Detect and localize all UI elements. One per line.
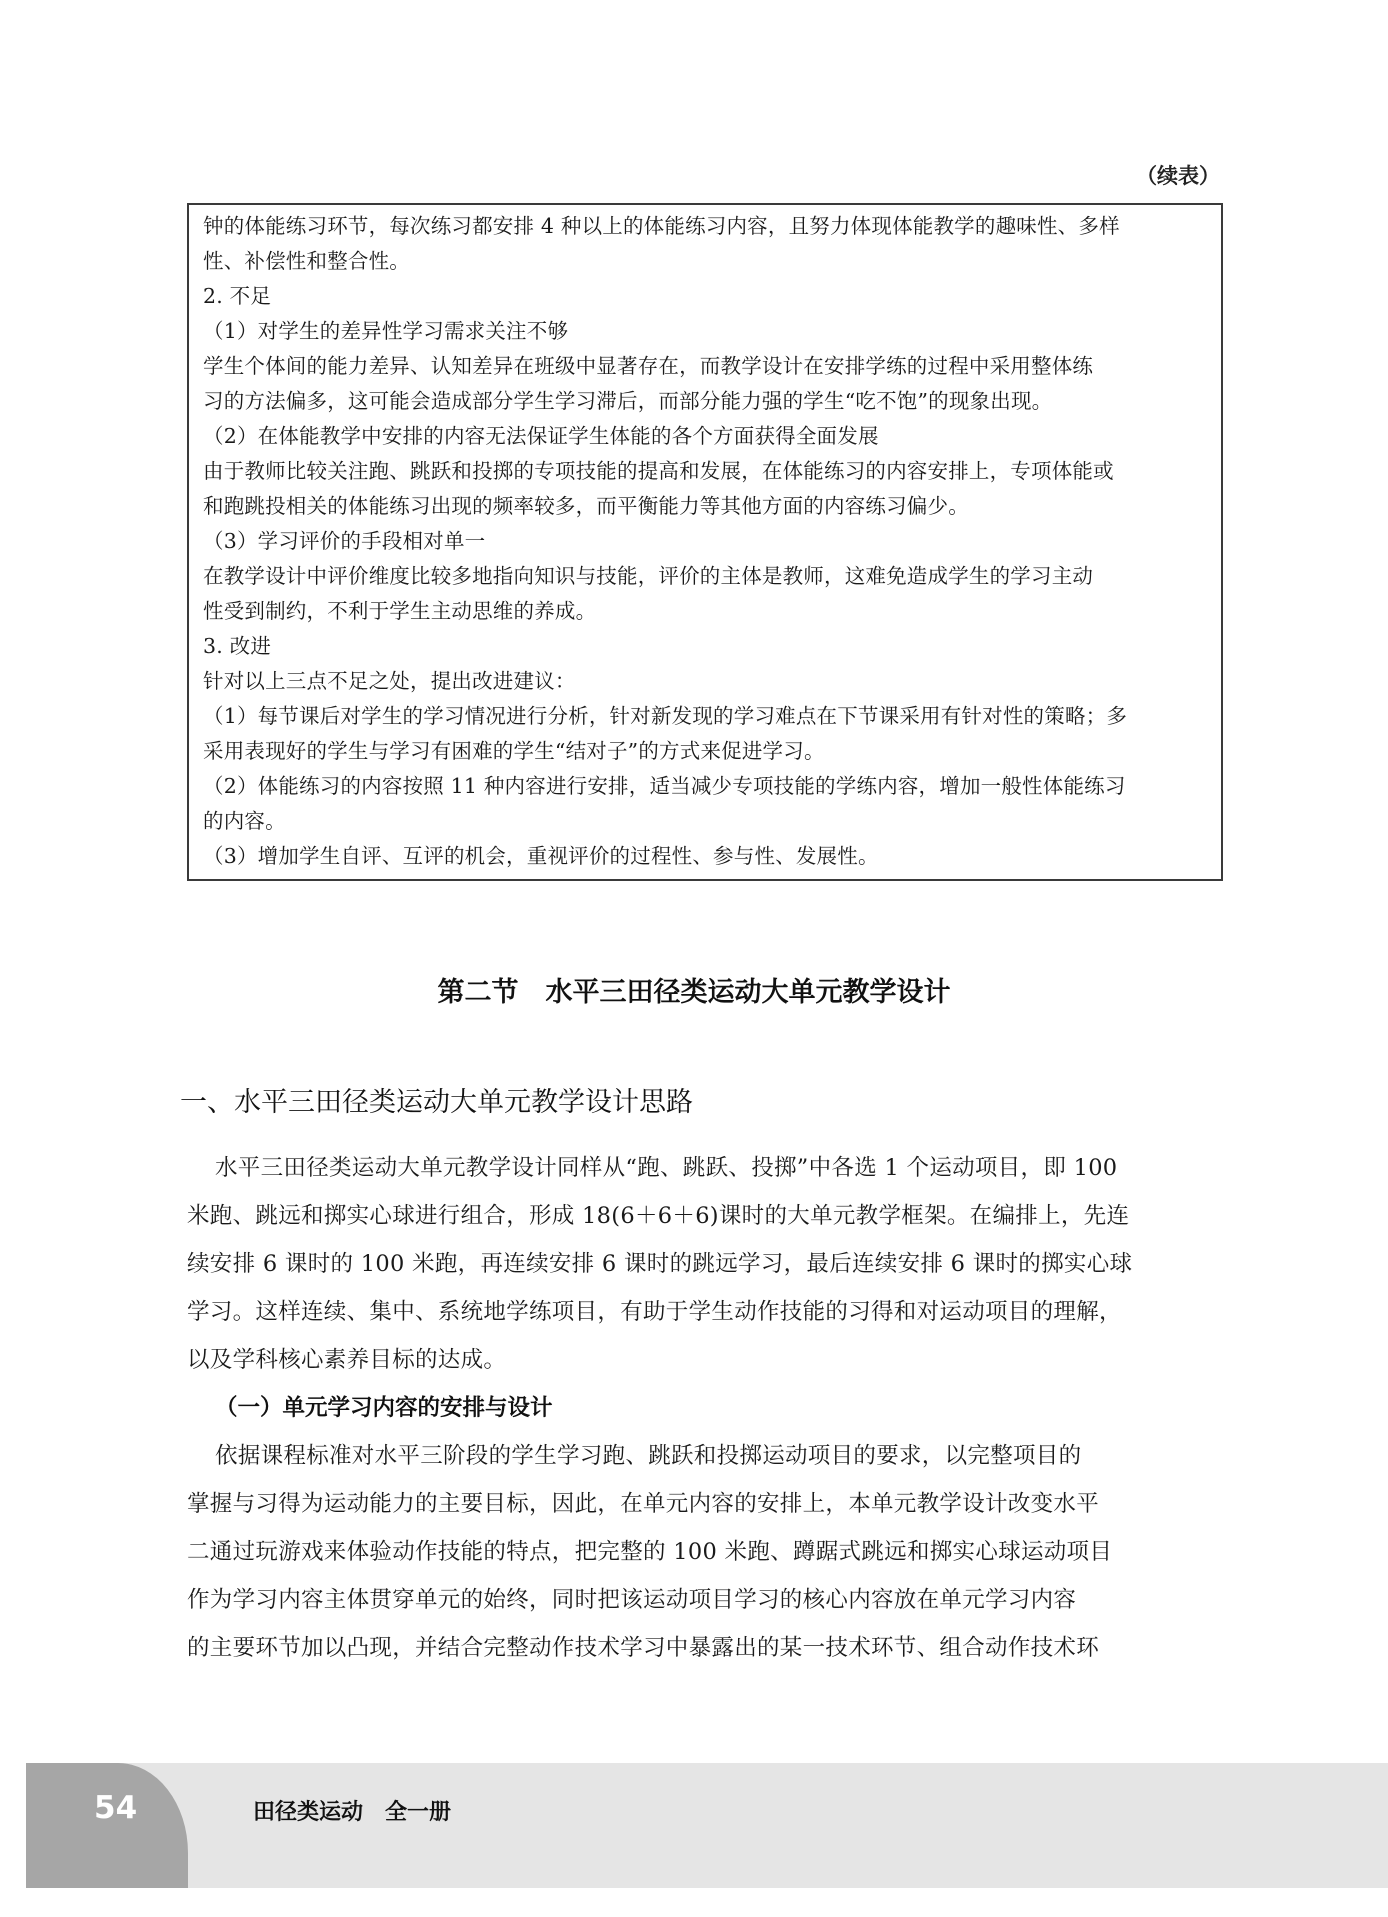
section-title: 第二节 水平三田径类运动大单元教学设计 <box>0 970 1388 1009</box>
paragraph-line: 的主要环节加以凸现，并结合完整动作技术学习中暴露出的某一技术环节、组合动作技术环 <box>187 1632 1099 1664</box>
paragraph-line: 作为学习内容主体贯穿单元的始终，同时把该运动项目学习的核心内容放在单元学习内容 <box>187 1584 1076 1616</box>
page-number: 54 <box>26 1790 188 1826</box>
table-box-line: 由于教师比较关注跑、跳跃和投掷的专项技能的提高和发展，在体能练习的内容安排上，专… <box>203 456 1114 486</box>
paragraph-line: 以及学科核心素养目标的达成。 <box>187 1344 506 1376</box>
table-box-line: 3. 改进 <box>203 631 271 661</box>
table-box: 钟的体能练习环节，每次练习都安排 4 种以上的体能练习内容，且努力体现体能教学的… <box>187 203 1223 881</box>
table-box-line: （1）每节课后对学生的学习情况进行分析，针对新发现的学习难点在下节课采用有针对性… <box>203 701 1127 731</box>
table-box-line: （2）体能练习的内容按照 11 种内容进行安排，适当减少专项技能的学练内容，增加… <box>203 771 1126 801</box>
table-box-line: 习的方法偏多，这可能会造成部分学生学习滞后，而部分能力强的学生“吃不饱”的现象出… <box>203 386 1052 416</box>
table-box-line: 钟的体能练习环节，每次练习都安排 4 种以上的体能练习内容，且努力体现体能教学的… <box>203 211 1120 241</box>
table-box-line: 学生个体间的能力差异、认知差异在班级中显著存在，而教学设计在安排学练的过程中采用… <box>203 351 1093 381</box>
paragraph-line: 二通过玩游戏来体验动作技能的特点，把完整的 100 米跑、蹲踞式跳远和掷实心球运… <box>187 1536 1112 1568</box>
paragraph-line: 依据课程标准对水平三阶段的学生学习跑、跳跃和投掷运动项目的要求，以完整项目的 <box>215 1440 1081 1472</box>
footer-band <box>26 1763 1388 1888</box>
table-box-line: 针对以上三点不足之处，提出改进建议： <box>203 666 576 696</box>
book-title: 田径类运动 全一册 <box>253 1795 451 1826</box>
paragraph-line: 米跑、跳远和掷实心球进行组合，形成 18(6＋6＋6)课时的大单元教学框架。在编… <box>187 1200 1129 1232</box>
table-box-line: （1）对学生的差异性学习需求关注不够 <box>203 316 568 346</box>
table-box-line: 在教学设计中评价维度比较多地指向知识与技能，评价的主体是教师，这难免造成学生的学… <box>203 561 1093 591</box>
heading-1: 一、水平三田径类运动大单元教学设计思路 <box>180 1080 693 1119</box>
table-box-line: （2）在体能教学中安排的内容无法保证学生体能的各个方面获得全面发展 <box>203 421 879 451</box>
paragraph-line: 学习。这样连续、集中、系统地学练项目，有助于学生动作技能的习得和对运动项目的理解… <box>187 1296 1122 1328</box>
table-box-line: 采用表现好的学生与学习有困难的学生“结对子”的方式来促进学习。 <box>203 736 825 766</box>
table-box-line: 性、补偿性和整合性。 <box>203 246 410 276</box>
table-box-line: 的内容。 <box>203 806 286 836</box>
table-box-line: （3）增加学生自评、互评的机会，重视评价的过程性、参与性、发展性。 <box>203 841 879 871</box>
sub-heading: （一）单元学习内容的安排与设计 <box>215 1390 553 1422</box>
table-box-line: （3）学习评价的手段相对单一 <box>203 526 485 556</box>
paragraph-line: 续安排 6 课时的 100 米跑，再连续安排 6 课时的跳远学习，最后连续安排 … <box>187 1248 1132 1280</box>
paragraph-line: 水平三田径类运动大单元教学设计同样从“跑、跳跃、投掷”中各选 1 个运动项目，即… <box>215 1152 1117 1184</box>
table-box-line: 和跑跳投相关的体能练习出现的频率较多，而平衡能力等其他方面的内容练习偏少。 <box>203 491 969 521</box>
paragraph-line: 掌握与习得为运动能力的主要目标，因此，在单元内容的安排上，本单元教学设计改变水平 <box>187 1488 1099 1520</box>
table-box-line: 2. 不足 <box>203 281 271 311</box>
table-continuation-label: （续表） <box>1100 160 1220 190</box>
table-box-line: 性受到制约，不利于学生主动思维的养成。 <box>203 596 596 626</box>
